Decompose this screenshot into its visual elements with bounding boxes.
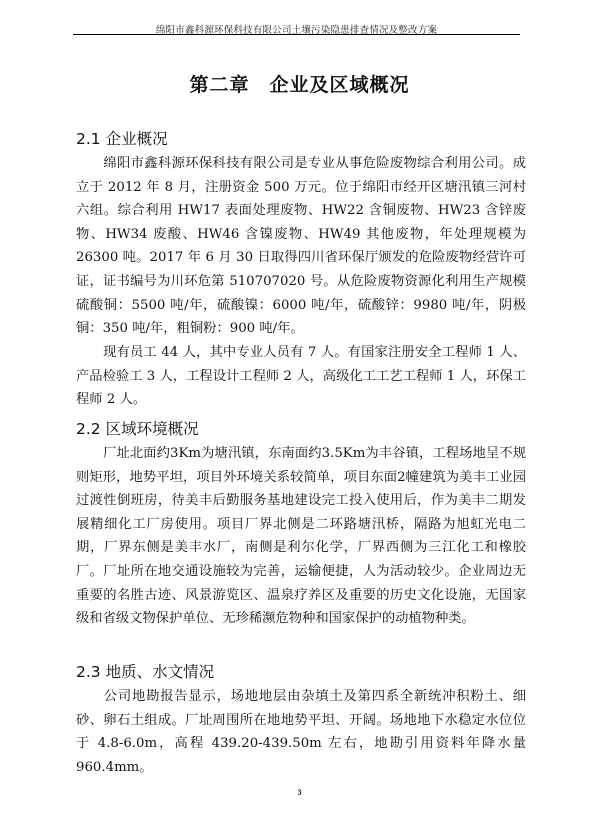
section-heading-2-2: 2.2 区域环境概况 [76, 417, 199, 439]
paragraph-staff: 现有员工 44 人，其中专业人员有 7 人。有国家注册安全工程师 1 人、产品检… [76, 341, 526, 412]
chapter-title: 第二章 企业及区域概况 [0, 70, 599, 97]
paragraph-company-overview: 绵阳市鑫科源环保科技有限公司是专业从事危险废物综合利用公司。成立于 2012 年… [76, 152, 526, 341]
section-heading-2-1: 2.1 企业概况 [76, 127, 168, 149]
header-divider [73, 34, 520, 35]
paragraph-text: 绵阳市鑫科源环保科技有限公司是专业从事危险废物综合利用公司。成立于 2012 年… [76, 156, 526, 336]
paragraph-regional-environment: 厂址北面约3Km为塘汛镇，东南面约3.5Km为丰谷镇，工程场地呈不规则矩形，地势… [76, 442, 526, 631]
paragraph-text: 现有员工 44 人，其中专业人员有 7 人。有国家注册安全工程师 1 人、产品检… [76, 345, 526, 407]
page-number: 3 [0, 788, 599, 797]
paragraph-text: 厂址北面约3Km为塘汛镇，东南面约3.5Km为丰谷镇，工程场地呈不规则矩形，地势… [76, 446, 526, 626]
section-heading-2-3: 2.3 地质、水文情况 [76, 660, 214, 682]
paragraph-geology-hydrology: 公司地勘报告显示，场地地层由杂填土及第四系全新统冲积粉土、细砂、卵石土组成。厂址… [76, 685, 526, 779]
paragraph-text: 公司地勘报告显示，场地地层由杂填土及第四系全新统冲积粉土、细砂、卵石土组成。厂址… [76, 689, 526, 775]
